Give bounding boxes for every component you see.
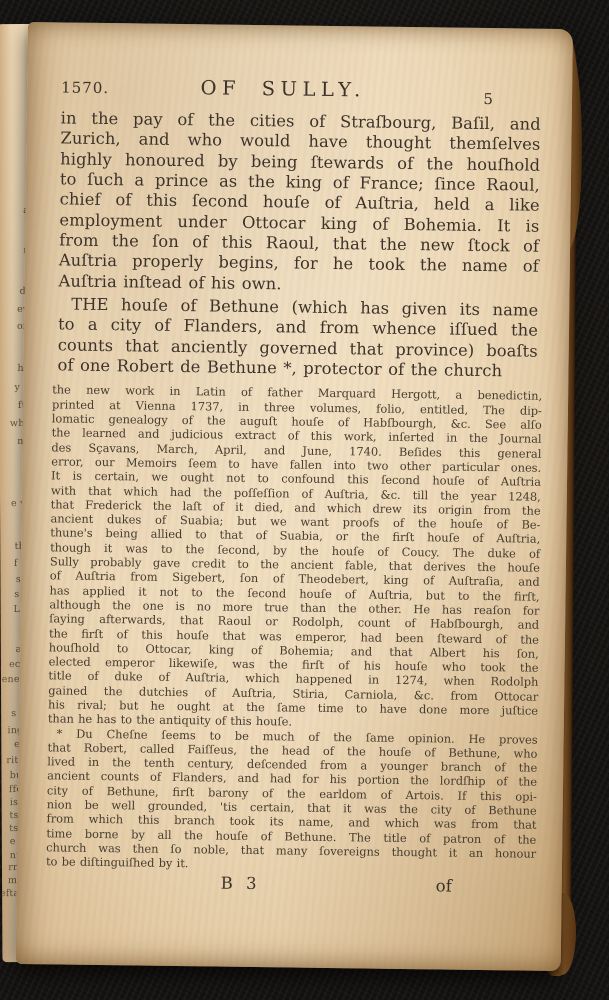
page-header: 1570. OF SULLY. 5 [61,74,541,102]
header-page-number: 5 [433,89,541,108]
footnote: the new work in Latin of father Marquard… [46,383,542,875]
footnote-continuation: the new work in Latin of father Marquard… [48,383,542,733]
footnote-star-note: * Du Cheſne ſeems to be much of the ſame… [46,726,538,875]
header-year: 1570. [61,78,133,97]
paragraph-1: in the pay of the cities of Straſbourg, … [58,108,540,297]
signature-row: B 3 of [51,871,531,899]
header-title: OF SULLY. [133,75,433,102]
photo-of-open-book: { "colors": { "background": "#161412", "… [0,0,609,1000]
catchword: of [436,876,452,895]
signature-mark: B 3 [221,873,261,893]
page-content: 1570. OF SULLY. 5 in the pay of the citi… [16,22,573,971]
paragraph-2: THE houſe of Bethune (which has given it… [57,295,538,383]
book-page: 1570. OF SULLY. 5 in the pay of the citi… [16,22,573,971]
main-text: in the pay of the cities of Straſbourg, … [57,108,540,382]
